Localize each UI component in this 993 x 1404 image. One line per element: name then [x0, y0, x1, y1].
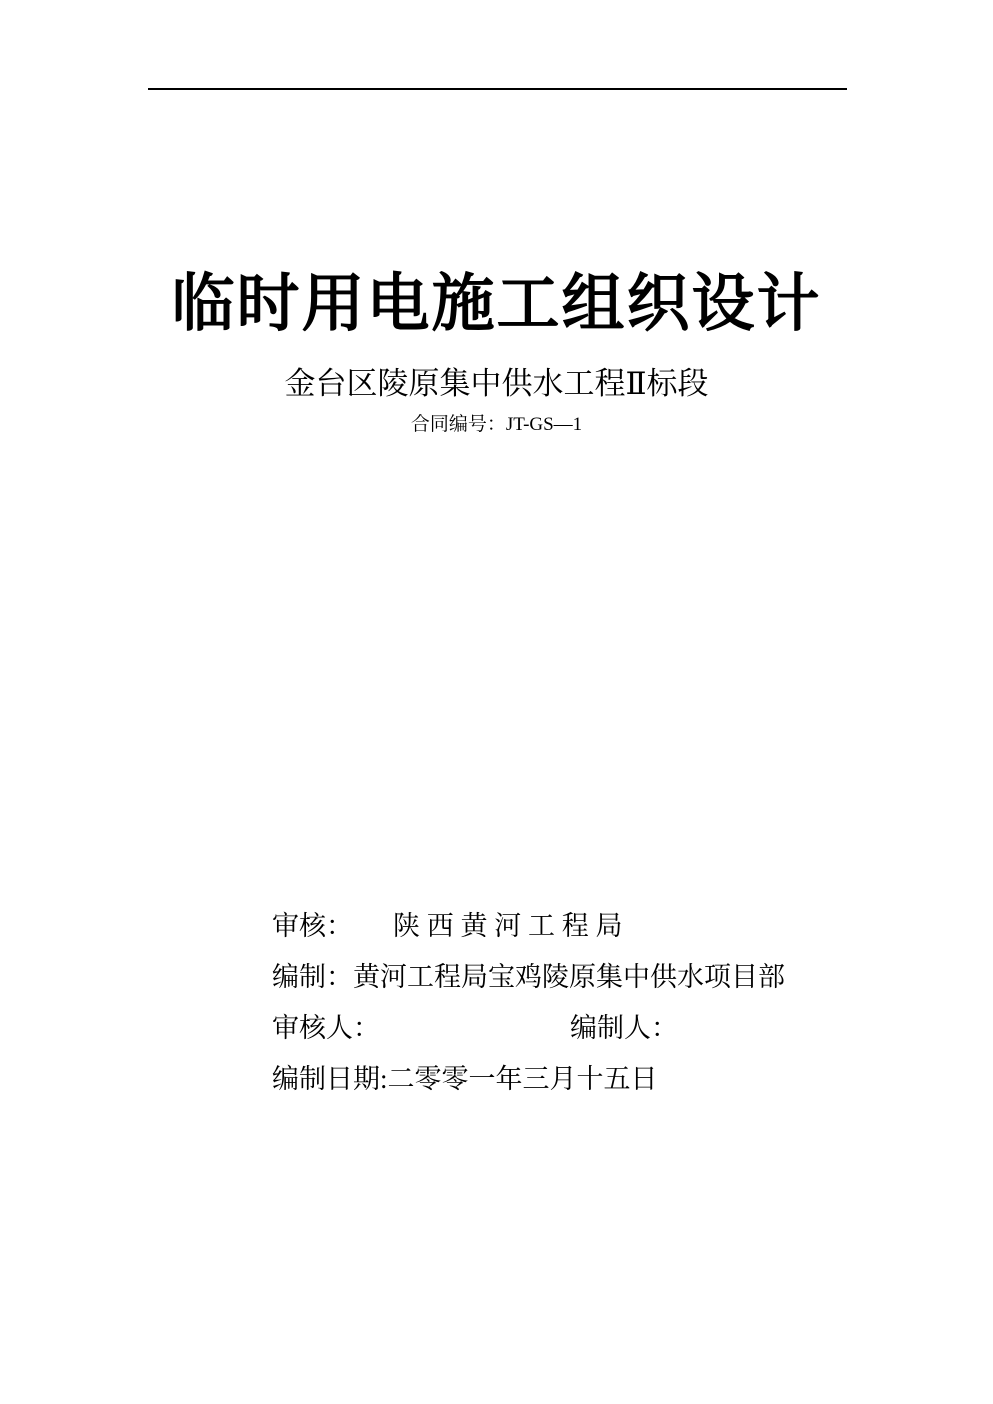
compile-label: 编制： [272, 962, 353, 992]
document-subtitle: 金台区陵原集中供水工程Ⅱ标段 [0, 358, 993, 403]
review-value: 陕 西 黄 河 工 程 局 [393, 901, 623, 952]
reviewer-label: 审核人： [272, 1013, 380, 1043]
signoff-block: 审核：陕 西 黄 河 工 程 局 编制：黄河工程局宝鸡陵原集中供水项目部 审核人… [272, 901, 785, 1105]
document-title: 临时用电施工组织设计 [0, 262, 993, 347]
compile-line: 编制：黄河工程局宝鸡陵原集中供水项目部 [272, 952, 785, 1003]
date-line: 编制日期:二零零一年三月十五日 [272, 1054, 785, 1105]
date-label: 编制日期: [272, 1064, 388, 1094]
review-label: 审核： [272, 911, 353, 941]
top-horizontal-rule [148, 88, 847, 90]
review-line: 审核：陕 西 黄 河 工 程 局 [272, 901, 785, 952]
persons-line: 审核人：编制人： [272, 1003, 785, 1054]
compile-value: 黄河工程局宝鸡陵原集中供水项目部 [353, 962, 785, 992]
document-page: 临时用电施工组织设计 金台区陵原集中供水工程Ⅱ标段 合同编号：JT-GS—1 审… [0, 0, 993, 1404]
date-value: 二零零一年三月十五日 [388, 1064, 658, 1094]
contract-number: 合同编号：JT-GS—1 [0, 409, 993, 436]
compiler-label: 编制人： [570, 1003, 678, 1054]
